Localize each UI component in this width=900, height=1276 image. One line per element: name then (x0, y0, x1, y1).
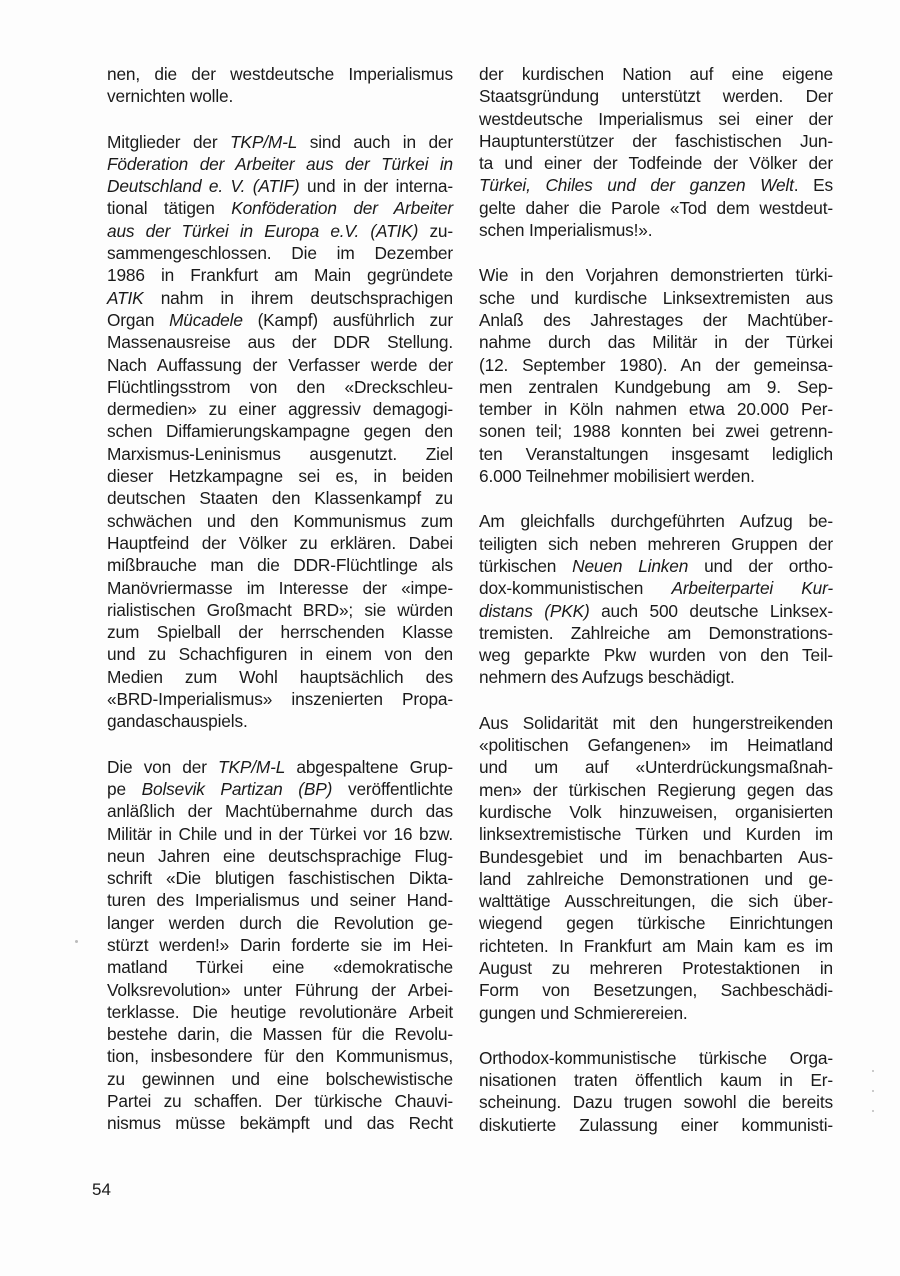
text-run: pe (107, 779, 142, 799)
text-run: men» der türkischen Regierung gegen das (479, 780, 833, 800)
text-run: zu gewinnen und eine bolschewistische (107, 1069, 453, 1089)
text-run: dieser Hetzkampagne sei es, in beiden (107, 466, 453, 486)
italic-text: Neuen Linken (572, 556, 688, 576)
text-line: gelte daher die Parole «Tod dem westdeut… (479, 197, 833, 219)
text-line: der kurdischen Nation auf eine eigene (479, 63, 833, 85)
text-run: sammengeschlossen. Die im Dezember (107, 243, 453, 263)
text-run: Die von der (107, 757, 218, 777)
text-line: kurdische Volk hinzuweisen, organisierte… (479, 801, 833, 823)
text-run: ten Veranstaltungen insgesamt lediglich (479, 444, 833, 464)
text-line: Orthodox-kommunistische türkische Orga- (479, 1047, 833, 1069)
text-run: Aus Solidarität mit den hungerstreikende… (479, 713, 833, 733)
text-line: linksextremistische Türken und Kurden im (479, 823, 833, 845)
text-line: nehmern des Aufzugs beschädigt. (479, 666, 833, 688)
text-line: Nach Auffassung der Verfasser werde der (107, 354, 453, 376)
text-run: Mitglieder der (107, 132, 230, 152)
text-run: rialistischen Großmacht BRD»; sie würden (107, 600, 453, 620)
text-run: Form von Besetzungen, Sachbeschädi- (479, 980, 833, 1000)
text-run: (Kampf) ausführlich zur (243, 310, 453, 330)
text-run: sonen teil; 1988 konnten bei zwei getren… (479, 421, 833, 441)
text-line: Medien zum Wohl hauptsächlich des (107, 666, 453, 688)
text-run: men zentralen Kundgebung am 9. Sep- (479, 377, 833, 397)
paragraph: Mitglieder der TKP/M-L sind auch in derF… (107, 131, 453, 733)
text-line: Türkei, Chiles und der ganzen Welt. Es (479, 174, 833, 196)
text-line: Organ Mücadele (Kampf) ausführlich zur (107, 309, 453, 331)
text-run: auch 500 deutsche Linksex- (590, 601, 833, 621)
text-line: und um auf «Unterdrückungsmaßnah- (479, 756, 833, 778)
text-line: ten Veranstaltungen insgesamt lediglich (479, 443, 833, 465)
italic-text: ATIK (107, 288, 144, 308)
text-line: tember in Köln nahmen etwa 20.000 Per- (479, 398, 833, 420)
text-run: terklasse. Die heutige revolutionäre Arb… (107, 1002, 453, 1022)
text-run: tion, insbesondere für den Kommunismus, (107, 1046, 453, 1066)
text-line: sammengeschlossen. Die im Dezember (107, 242, 453, 264)
text-run: Nach Auffassung der Verfasser werde der (107, 355, 453, 375)
text-line: aus der Türkei in Europa e.V. (ATIK) zu- (107, 220, 453, 242)
text-run: sche und kurdische Linksextremisten aus (479, 288, 833, 308)
text-run: türkischen (479, 556, 572, 576)
text-line: Hauptfeind der Völker zu erklären. Dabei (107, 532, 453, 554)
text-run: 1986 in Frankfurt am Main gegründete (107, 265, 453, 285)
text-line: Volksrevolution» unter Führung der Arbei… (107, 979, 453, 1001)
italic-text: Föderation der Arbeiter aus der Türkei i… (107, 154, 453, 174)
text-run: schwächen und den Kommunismus zum (107, 511, 453, 531)
text-run: diskutierte Zulassung einer kommunisti- (479, 1115, 833, 1135)
text-run: zum Spielball der herrschenden Klasse (107, 622, 453, 642)
paragraph: Wie in den Vorjahren demonstrierten türk… (479, 264, 833, 487)
text-run: tremisten. Zahlreiche am Demonstrations- (479, 623, 833, 643)
text-run: Partei zu schaffen. Der türkische Chauvi… (107, 1091, 453, 1111)
text-line: land zahlreiche Demonstrationen und ge- (479, 868, 833, 890)
text-run: kurdische Volk hinzuweisen, organisierte… (479, 802, 833, 822)
text-line: Bundesgebiet und im benachbarten Aus- (479, 846, 833, 868)
text-line: distans (PKK) auch 500 deutsche Linksex- (479, 600, 833, 622)
text-run: Orthodox-kommunistische türkische Orga- (479, 1048, 833, 1068)
text-run: bestehe darin, die Massen für die Revolu… (107, 1024, 453, 1044)
italic-text: Arbeiterpartei Kur- (671, 578, 833, 598)
text-line: langer werden durch die Revolution ge- (107, 912, 453, 934)
text-line: Flüchtlingsstrom von den «Dreckschleu- (107, 376, 453, 398)
text-run: Marxismus-Leninismus ausgenutzt. Ziel (107, 444, 453, 464)
text-line: sonen teil; 1988 konnten bei zwei getren… (479, 420, 833, 442)
text-line: wiegend gegen türkische Einrichtungen (479, 912, 833, 934)
text-run: Wie in den Vorjahren demonstrierten türk… (479, 265, 833, 285)
text-run: deutschen Staaten den Klassenkampf zu (107, 488, 453, 508)
scan-speck (872, 1110, 874, 1112)
text-line: Die von der TKP/M-L abgespaltene Grup- (107, 756, 453, 778)
text-run: matland Türkei eine «demokratische (107, 957, 453, 977)
text-run: und in der interna- (300, 176, 453, 196)
text-line: pe Bolsevik Partizan (BP) veröffentlicht… (107, 778, 453, 800)
paragraph: Am gleichfalls durchgeführten Aufzug be-… (479, 510, 833, 688)
text-run: (12. September 1980). An der gemeinsa- (479, 355, 833, 375)
text-run: land zahlreiche Demonstrationen und ge- (479, 869, 833, 889)
text-line: gungen und Schmierereien. (479, 1002, 833, 1024)
text-run: mißbrauche man die DDR-Flüchtlinge als (107, 555, 453, 575)
text-run: und zu Schachfiguren in einem von den (107, 644, 453, 664)
text-line: nisationen traten öffentlich kaum in Er- (479, 1069, 833, 1091)
text-run: walttätige Ausschreitungen, die sich übe… (479, 891, 833, 911)
text-run: nehmern des Aufzugs beschädigt. (479, 667, 735, 687)
italic-text: distans (PKK) (479, 601, 590, 621)
text-run: linksextremistische Türken und Kurden im (479, 824, 833, 844)
text-line: Staatsgründung unterstützt werden. Der (479, 85, 833, 107)
text-line: nismus müsse bekämpft und das Recht (107, 1112, 453, 1134)
text-line: Form von Besetzungen, Sachbeschädi- (479, 979, 833, 1001)
text-line: vernichten wolle. (107, 85, 453, 107)
text-line: Hauptunterstützer der faschistischen Jun… (479, 130, 833, 152)
text-line: mißbrauche man die DDR-Flüchtlinge als (107, 554, 453, 576)
italic-text: Deutschland e. V. (ATIF) (107, 176, 300, 196)
text-run: westdeutsche Imperialismus sei einer der (479, 109, 833, 129)
text-line: dermedien» zu einer aggressiv demagogi- (107, 398, 453, 420)
text-run: dox-kommunistischen (479, 578, 671, 598)
text-run: richteten. In Frankfurt am Main kam es i… (479, 936, 833, 956)
text-line: nahme durch das Militär in der Türkei (479, 331, 833, 353)
text-line: diskutierte Zulassung einer kommunisti- (479, 1114, 833, 1136)
text-run: Flüchtlingsstrom von den «Dreckschleu- (107, 377, 453, 397)
text-line: teiligten sich neben mehreren Gruppen de… (479, 533, 833, 555)
paragraph: Aus Solidarität mit den hungerstreikende… (479, 712, 833, 1024)
text-line: und zu Schachfiguren in einem von den (107, 643, 453, 665)
text-line: Manövriermasse im Interesse der «impe- (107, 577, 453, 599)
text-run: turen des Imperialismus und seiner Hand- (107, 890, 453, 910)
text-line: Anlaß des Jahrestages der Machtüber- (479, 309, 833, 331)
text-run: zu- (418, 221, 453, 241)
text-run: nahm in ihrem deutschsprachigen (144, 288, 453, 308)
text-run: Medien zum Wohl hauptsächlich des (107, 667, 453, 687)
text-line: sche und kurdische Linksextremisten aus (479, 287, 833, 309)
text-line: schrift «Die blutigen faschistischen Dik… (107, 867, 453, 889)
text-run: ta und einer der Todfeinde der Völker de… (479, 153, 833, 173)
text-line: Föderation der Arbeiter aus der Türkei i… (107, 153, 453, 175)
italic-text: aus der Türkei in Europa e.V. (ATIK) (107, 221, 418, 241)
text-line: Marxismus-Leninismus ausgenutzt. Ziel (107, 443, 453, 465)
scan-speck (872, 1090, 874, 1092)
text-run: Anlaß des Jahrestages der Machtüber- (479, 310, 833, 330)
text-line: Militär in Chile und in der Türkei vor 1… (107, 823, 453, 845)
text-run: und der ortho- (688, 556, 833, 576)
text-line: 6.000 Teilnehmer mobilisiert werden. (479, 465, 833, 487)
text-line: bestehe darin, die Massen für die Revolu… (107, 1023, 453, 1045)
text-line: men» der türkischen Regierung gegen das (479, 779, 833, 801)
text-line: schen Imperialismus!». (479, 219, 833, 241)
text-line: schwächen und den Kommunismus zum (107, 510, 453, 532)
text-run: «politischen Gefangenen» im Heimatland (479, 735, 833, 755)
text-run: gungen und Schmierereien. (479, 1003, 688, 1023)
text-line: tremisten. Zahlreiche am Demonstrations- (479, 622, 833, 644)
text-line: Partei zu schaffen. Der türkische Chauvi… (107, 1090, 453, 1112)
text-run: Organ (107, 310, 169, 330)
text-run: anläßlich der Machtübernahme durch das (107, 801, 453, 821)
text-line: tion, insbesondere für den Kommunismus, (107, 1045, 453, 1067)
text-run: Hauptunterstützer der faschistischen Jun… (479, 131, 833, 151)
text-line: nen, die der westdeutsche Imperialismus (107, 63, 453, 85)
text-line: men zentralen Kundgebung am 9. Sep- (479, 376, 833, 398)
text-line: türkischen Neuen Linken und der ortho- (479, 555, 833, 577)
italic-text: Bolsevik Partizan (BP) (142, 779, 333, 799)
text-run: August zu mehreren Protestaktionen in (479, 958, 833, 978)
text-run: stürzt werden!» Darin forderte sie im He… (107, 935, 453, 955)
text-line: dox-kommunistischen Arbeiterpartei Kur- (479, 577, 833, 599)
text-run: Volksrevolution» unter Führung der Arbei… (107, 980, 453, 1000)
text-run: Am gleichfalls durchgeführten Aufzug be- (479, 511, 833, 531)
italic-text: Konföderation der Arbeiter (231, 198, 453, 218)
text-run: veröffentlichte (332, 779, 453, 799)
text-line: zu gewinnen und eine bolschewistische (107, 1068, 453, 1090)
text-run: nahme durch das Militär in der Türkei (479, 332, 833, 352)
text-run: abgespaltene Grup- (285, 757, 453, 777)
text-run: weg geparkte Pkw wurden von den Teil- (479, 645, 833, 665)
text-run: scheinung. Dazu trugen sowohl die bereit… (479, 1092, 833, 1112)
text-run: der kurdischen Nation auf eine eigene (479, 64, 833, 84)
text-line: schen Diffamierungskampagne gegen den (107, 420, 453, 442)
text-run: Manövriermasse im Interesse der «impe- (107, 578, 453, 598)
text-run: langer werden durch die Revolution ge- (107, 913, 453, 933)
paragraph: Die von der TKP/M-L abgespaltene Grup-pe… (107, 756, 453, 1135)
text-run: Staatsgründung unterstützt werden. Der (479, 86, 833, 106)
text-run: und um auf «Unterdrückungsmaßnah- (479, 757, 833, 777)
text-line: «politischen Gefangenen» im Heimatland (479, 734, 833, 756)
text-run: «BRD-Imperialismus» inszenierten Propa- (107, 689, 453, 709)
text-line: scheinung. Dazu trugen sowohl die bereit… (479, 1091, 833, 1113)
text-run: teiligten sich neben mehreren Gruppen de… (479, 534, 833, 554)
text-run: Militär in Chile und in der Türkei vor 1… (107, 824, 453, 844)
text-line: westdeutsche Imperialismus sei einer der (479, 108, 833, 130)
paragraph: nen, die der westdeutsche Imperialismusv… (107, 63, 453, 108)
text-run: schrift «Die blutigen faschistischen Dik… (107, 868, 453, 888)
text-line: «BRD-Imperialismus» inszenierten Propa- (107, 688, 453, 710)
text-run: Massenausreise aus der DDR Stellung. (107, 332, 453, 352)
paragraph: der kurdischen Nation auf eine eigeneSta… (479, 63, 833, 241)
text-line: stürzt werden!» Darin forderte sie im He… (107, 934, 453, 956)
text-line: tional tätigen Konföderation der Arbeite… (107, 197, 453, 219)
text-line: turen des Imperialismus und seiner Hand- (107, 889, 453, 911)
text-line: matland Türkei eine «demokratische (107, 956, 453, 978)
paragraph: Orthodox-kommunistische türkische Orga-n… (479, 1047, 833, 1136)
text-line: Massenausreise aus der DDR Stellung. (107, 331, 453, 353)
text-run: tember in Köln nahmen etwa 20.000 Per- (479, 399, 833, 419)
text-run: gandaschauspiels. (107, 711, 248, 731)
text-line: terklasse. Die heutige revolutionäre Arb… (107, 1001, 453, 1023)
text-line: rialistischen Großmacht BRD»; sie würden (107, 599, 453, 621)
text-run: schen Diffamierungskampagne gegen den (107, 421, 453, 441)
text-run: schen Imperialismus!». (479, 220, 652, 240)
text-line: ta und einer der Todfeinde der Völker de… (479, 152, 833, 174)
text-run: nismus müsse bekämpft und das Recht (107, 1113, 453, 1133)
text-line: dieser Hetzkampagne sei es, in beiden (107, 465, 453, 487)
text-line: zum Spielball der herrschenden Klasse (107, 621, 453, 643)
scan-speck (75, 940, 78, 943)
text-line: anläßlich der Machtübernahme durch das (107, 800, 453, 822)
text-line: weg geparkte Pkw wurden von den Teil- (479, 644, 833, 666)
text-line: Am gleichfalls durchgeführten Aufzug be- (479, 510, 833, 532)
text-line: Deutschland e. V. (ATIF) und in der inte… (107, 175, 453, 197)
right-column: der kurdischen Nation auf eine eigeneSta… (479, 63, 833, 1159)
italic-text: TKP/M-L (230, 132, 297, 152)
text-run: nen, die der westdeutsche Imperialismus (107, 64, 453, 84)
text-line: Mitglieder der TKP/M-L sind auch in der (107, 131, 453, 153)
text-run: neun Jahren eine deutschsprachige Flug- (107, 846, 453, 866)
text-run: Hauptfeind der Völker zu erklären. Dabei (107, 533, 453, 553)
text-line: walttätige Ausschreitungen, die sich übe… (479, 890, 833, 912)
text-line: 1986 in Frankfurt am Main gegründete (107, 264, 453, 286)
document-page: nen, die der westdeutsche Imperialismusv… (0, 0, 900, 1276)
text-line: richteten. In Frankfurt am Main kam es i… (479, 935, 833, 957)
italic-text: Mücadele (169, 310, 243, 330)
text-run: sind auch in der (297, 132, 453, 152)
text-run: tional tätigen (107, 198, 231, 218)
text-line: ATIK nahm in ihrem deutschsprachigen (107, 287, 453, 309)
text-line: gandaschauspiels. (107, 710, 453, 732)
text-line: (12. September 1980). An der gemeinsa- (479, 354, 833, 376)
text-line: August zu mehreren Protestaktionen in (479, 957, 833, 979)
italic-text: TKP/M-L (218, 757, 285, 777)
scan-speck (872, 1070, 874, 1072)
text-run: . Es (794, 175, 833, 195)
text-line: neun Jahren eine deutschsprachige Flug- (107, 845, 453, 867)
text-run: Bundesgebiet und im benachbarten Aus- (479, 847, 833, 867)
text-run: 6.000 Teilnehmer mobilisiert werden. (479, 466, 755, 486)
text-run: nisationen traten öffentlich kaum in Er- (479, 1070, 833, 1090)
text-run: vernichten wolle. (107, 86, 233, 106)
italic-text: Türkei, Chiles und der ganzen Welt (479, 175, 794, 195)
left-column: nen, die der westdeutsche Imperialismusv… (107, 63, 453, 1158)
text-line: Aus Solidarität mit den hungerstreikende… (479, 712, 833, 734)
text-run: gelte daher die Parole «Tod dem westdeut… (479, 198, 833, 218)
text-line: Wie in den Vorjahren demonstrierten türk… (479, 264, 833, 286)
page-number: 54 (92, 1180, 111, 1200)
text-run: dermedien» zu einer aggressiv demagogi- (107, 399, 453, 419)
text-run: wiegend gegen türkische Einrichtungen (479, 913, 833, 933)
text-line: deutschen Staaten den Klassenkampf zu (107, 487, 453, 509)
